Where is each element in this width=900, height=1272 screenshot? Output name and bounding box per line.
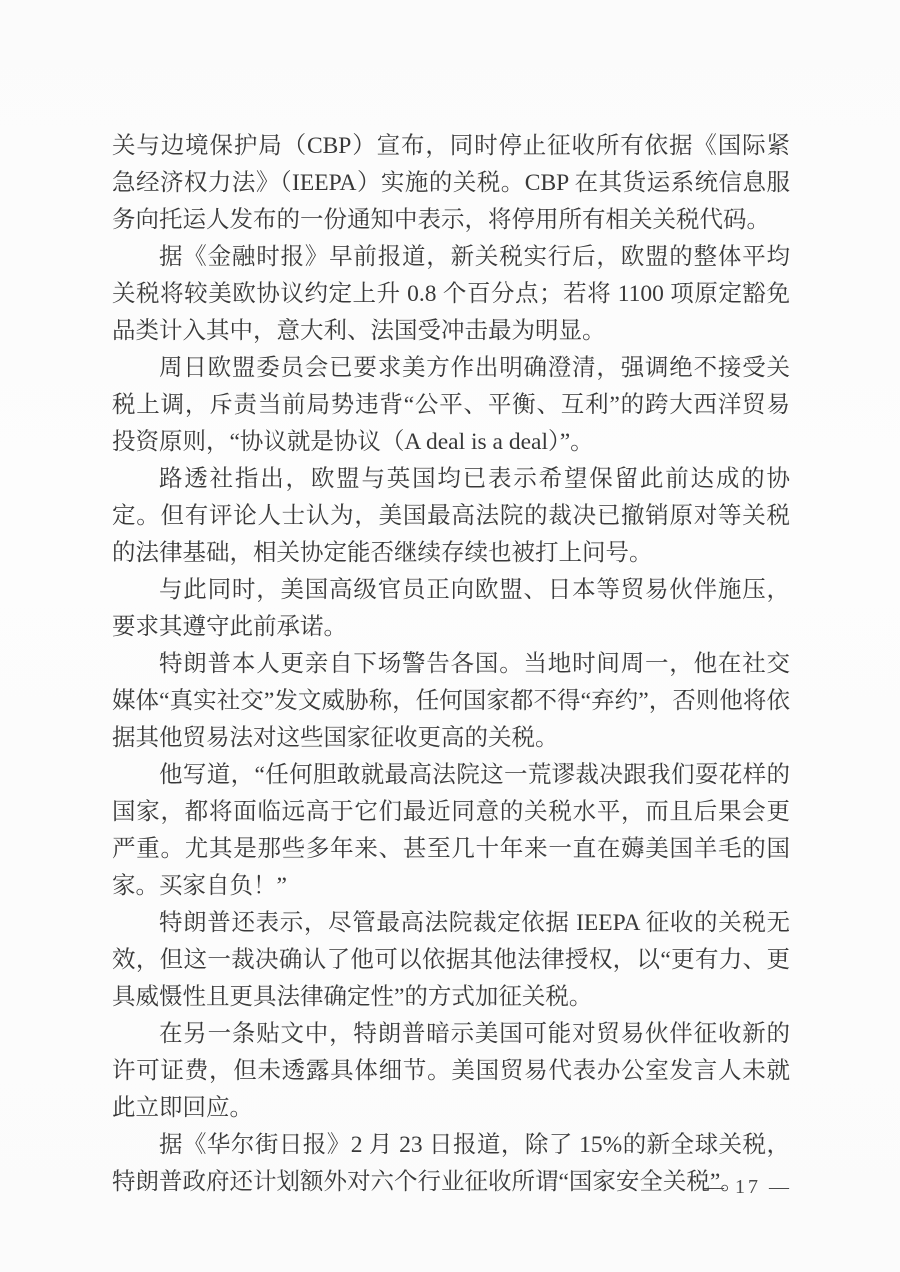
paragraph: 据《金融时报》早前报道，新关税实行后，欧盟的整体平均关税将较美欧协议约定上升 0… [112,239,790,350]
page-number: — 17 — [704,1176,792,1199]
paragraph: 他写道，“任何胆敢就最高法院这一荒谬裁决跟我们耍花样的国家，都将面临远高于它们最… [112,757,790,905]
paragraph: 关与边境保护局（CBP）宣布，同时停止征收所有依据《国际紧急经济权力法》（IEE… [112,128,790,239]
document-page: 关与边境保护局（CBP）宣布，同时停止征收所有依据《国际紧急经济权力法》（IEE… [0,0,900,1272]
paragraph: 在另一条贴文中，特朗普暗示美国可能对贸易伙伴征收新的许可证费，但未透露具体细节。… [112,1016,790,1127]
paragraph: 特朗普还表示，尽管最高法院裁定依据 IEEPA 征收的关税无效，但这一裁决确认了… [112,905,790,1016]
paragraph: 路透社指出，欧盟与英国均已表示希望保留此前达成的协定。但有评论人士认为，美国最高… [112,461,790,572]
paragraph: 周日欧盟委员会已要求美方作出明确澄清，强调绝不接受关税上调，斥责当前局势违背“公… [112,350,790,461]
paragraph: 特朗普本人更亲自下场警告各国。当地时间周一，他在社交媒体“真实社交”发文威胁称，… [112,646,790,757]
paragraph: 与此同时，美国高级官员正向欧盟、日本等贸易伙伴施压，要求其遵守此前承诺。 [112,572,790,646]
body-text: 关与边境保护局（CBP）宣布，同时停止征收所有依据《国际紧急经济权力法》（IEE… [112,128,790,1201]
paragraph: 据《华尔街日报》2 月 23 日报道，除了 15%的新全球关税，特朗普政府还计划… [112,1127,790,1201]
